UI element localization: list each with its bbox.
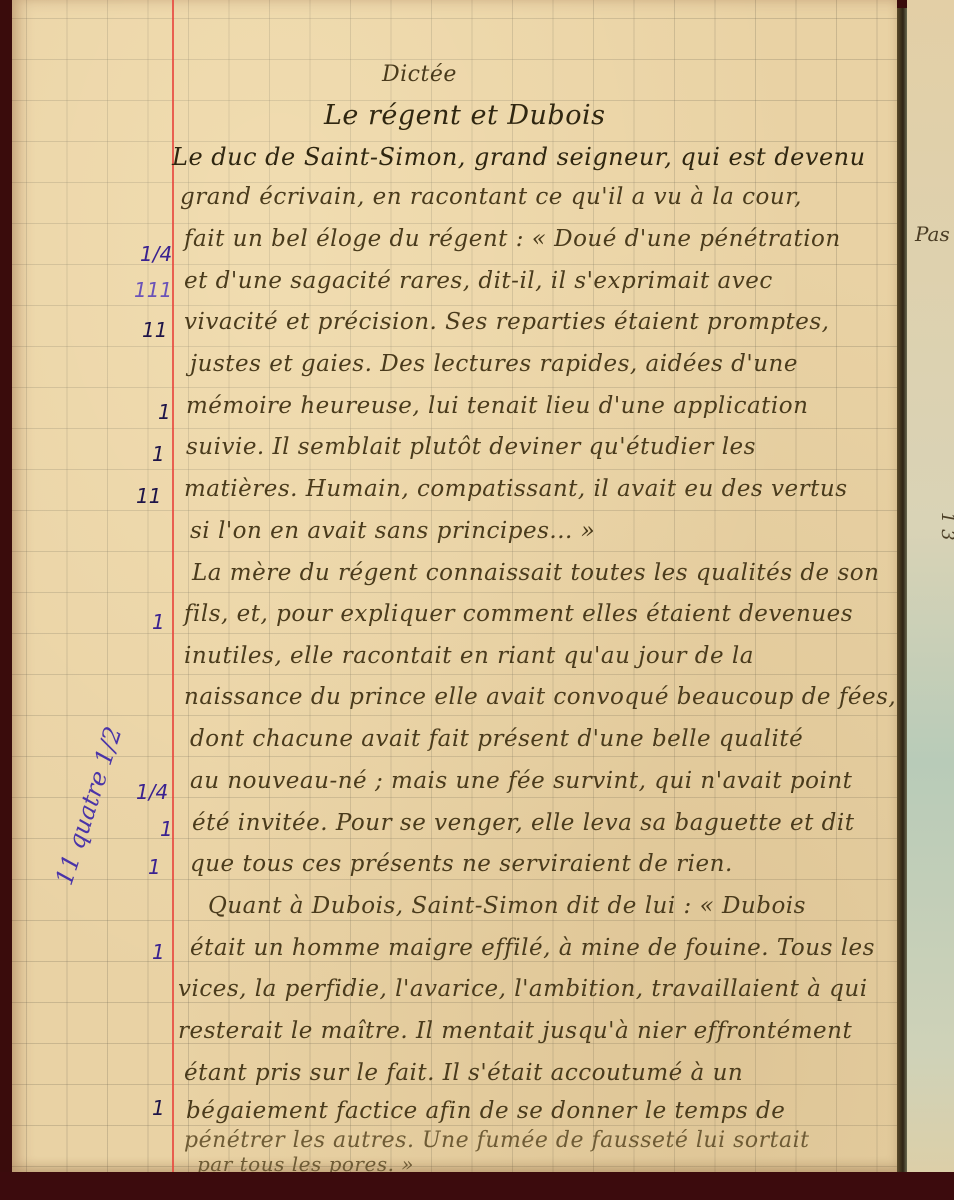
text-line: et d'une sagacité rares, dit-il, il s'ex… — [184, 268, 773, 294]
text-line: vivacité et précision. Ses reparties éta… — [184, 309, 829, 335]
text-line: au nouveau-né ; mais une fée survint, qu… — [190, 768, 852, 794]
red-margin-line — [172, 0, 174, 1172]
error-count-mark: 1 — [148, 855, 161, 879]
text-line: pénétrer les autres. Une fumée de fausse… — [184, 1128, 809, 1153]
error-count-mark: 1 — [152, 940, 165, 964]
text-line: Quant à Dubois, Saint-Simon dit de lui :… — [208, 893, 806, 919]
adjacent-page-digits: 1 3 — [937, 512, 954, 541]
text-line: mémoire heureuse, lui tenait lieu d'une … — [186, 393, 808, 419]
text-line: naissance du prince elle avait convoqué … — [184, 684, 896, 710]
text-line: vices, la perfidie, l'avarice, l'ambitio… — [178, 976, 868, 1002]
text-line: suivie. Il semblait plutôt deviner qu'ét… — [186, 434, 756, 460]
dictation-title: Le régent et Dubois — [324, 100, 605, 131]
background-surface — [0, 1172, 954, 1200]
text-line: fils, et, pour expliquer comment elles é… — [184, 601, 853, 627]
error-count-mark: 1 — [158, 400, 171, 424]
notebook-page: Dictée Le régent et Dubois Le duc de Sai… — [12, 0, 897, 1172]
text-line: La mère du régent connaissait toutes les… — [192, 560, 879, 586]
error-count-mark: 11 — [142, 318, 167, 342]
text-line: été invitée. Pour se venger, elle leva s… — [192, 810, 855, 836]
adjacent-page-word: Pas — [915, 222, 950, 246]
text-line: bégaiement factice afin de se donner le … — [186, 1098, 785, 1124]
grade-annotation: 11 quatre 1/2 — [50, 723, 128, 888]
text-line: grand écrivain, en racontant ce qu'il a … — [180, 184, 802, 210]
error-count-mark: 1 — [152, 442, 165, 466]
error-count-mark: 1 — [152, 610, 165, 634]
text-line: fait un bel éloge du régent : « Doué d'u… — [184, 226, 841, 252]
text-line: justes et gaies. Des lectures rapides, a… — [190, 351, 798, 377]
text-line: était un homme maigre effilé, à mine de … — [190, 935, 875, 961]
text-line: matières. Humain, compatissant, il avait… — [184, 476, 848, 502]
adjacent-page-edge: Pas 1 3 — [907, 0, 954, 1172]
dictation-heading: Dictée — [382, 62, 457, 87]
error-count-mark: 1/4 — [136, 780, 168, 804]
error-count-mark: 1/4 — [140, 242, 172, 266]
text-line: si l'on en avait sans principes... » — [190, 518, 595, 544]
notebook-binding — [897, 8, 907, 1178]
text-line: dont chacune avait fait présent d'une be… — [190, 726, 803, 752]
error-count-mark: 111 — [134, 278, 172, 302]
text-line: resterait le maître. Il mentait jusqu'à … — [178, 1018, 852, 1044]
text-line: étant pris sur le fait. Il s'était accou… — [184, 1060, 743, 1086]
error-count-mark: 1 — [152, 1096, 165, 1120]
text-line: inutiles, elle racontait en riant qu'au … — [184, 643, 754, 669]
text-line: Le duc de Saint-Simon, grand seigneur, q… — [172, 143, 866, 171]
error-count-mark: 1 — [160, 817, 173, 841]
error-count-mark: 11 — [136, 484, 161, 508]
text-line: que tous ces présents ne serviraient de … — [190, 851, 733, 877]
